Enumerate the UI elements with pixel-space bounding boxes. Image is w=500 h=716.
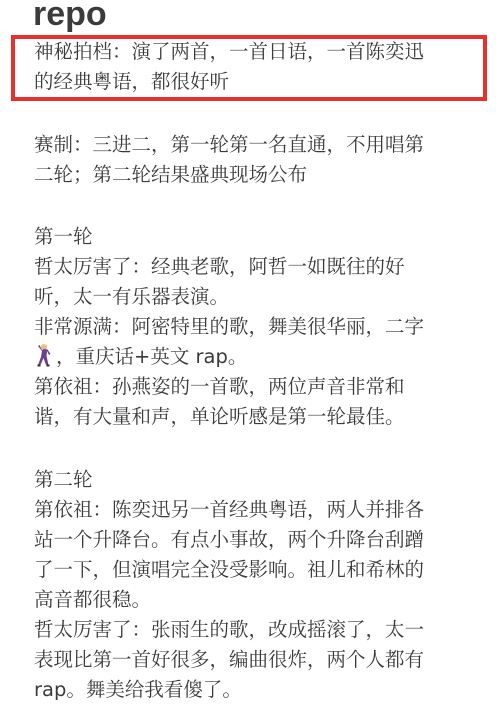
round1-section: 第一轮 哲太厉害了：经典老歌，阿哲一如既往的好 听，太一有乐器表演。 非常源满：…	[34, 222, 474, 432]
dancing-man-icon	[34, 343, 54, 367]
text-line: 站一个升降台。有点小事故，两个升降台刮蹭	[34, 525, 474, 555]
text-line: 赛制：三进二，第一轮第一名直通，不用唱第	[34, 130, 474, 160]
text-line: 二轮；第二轮结果盛典现场公布	[34, 160, 474, 190]
highlight-paragraph: 神秘拍档：演了两首，一首日语，一首陈奕迅 的经典粤语，都很好听	[34, 37, 474, 97]
round2-section: 第二轮 第依祖：陈奕迅另一首经典粤语，两人并排各 站一个升降台。有点小事故，两个…	[34, 465, 474, 705]
text-line: 了一下，但演唱完全没受影响。祖儿和希林的	[34, 555, 474, 585]
text-line: 第依祖：陈奕迅另一首经典粤语，两人并排各	[34, 495, 474, 525]
text-line: 谐，有大量和声，单论听感是第一轮最佳。	[34, 402, 474, 432]
rules-paragraph: 赛制：三进二，第一轮第一名直通，不用唱第 二轮；第二轮结果盛典现场公布	[34, 130, 474, 190]
text-line: 第依祖：孙燕姿的一首歌，两位声音非常和	[34, 372, 474, 402]
page-title: repo	[33, 0, 107, 34]
text-line: 神秘拍档：演了两首，一首日语，一首陈奕迅	[34, 37, 474, 67]
text-line: 高音都很稳。	[34, 585, 474, 615]
text-line: 的经典粤语，都很好听	[34, 67, 474, 97]
section-heading: 第二轮	[34, 465, 474, 495]
text-line: 非常源满：阿密特里的歌，舞美很华丽，二字	[34, 312, 474, 342]
section-heading: 第一轮	[34, 222, 474, 252]
text-line: 听，太一有乐器表演。	[34, 282, 474, 312]
text-line: 表现比第一首好很多，编曲很炸，两个人都有	[34, 645, 474, 675]
text-line: 哲太厉害了：张雨生的歌，改成摇滚了，太一	[34, 615, 474, 645]
text-line-with-emoji: ，重庆话+英文 rap。	[34, 342, 474, 372]
text-line: 哲太厉害了：经典老歌，阿哲一如既往的好	[34, 252, 474, 282]
text-span: ，重庆话+英文 rap。	[56, 345, 247, 368]
text-line: rap。舞美给我看傻了。	[34, 675, 474, 705]
